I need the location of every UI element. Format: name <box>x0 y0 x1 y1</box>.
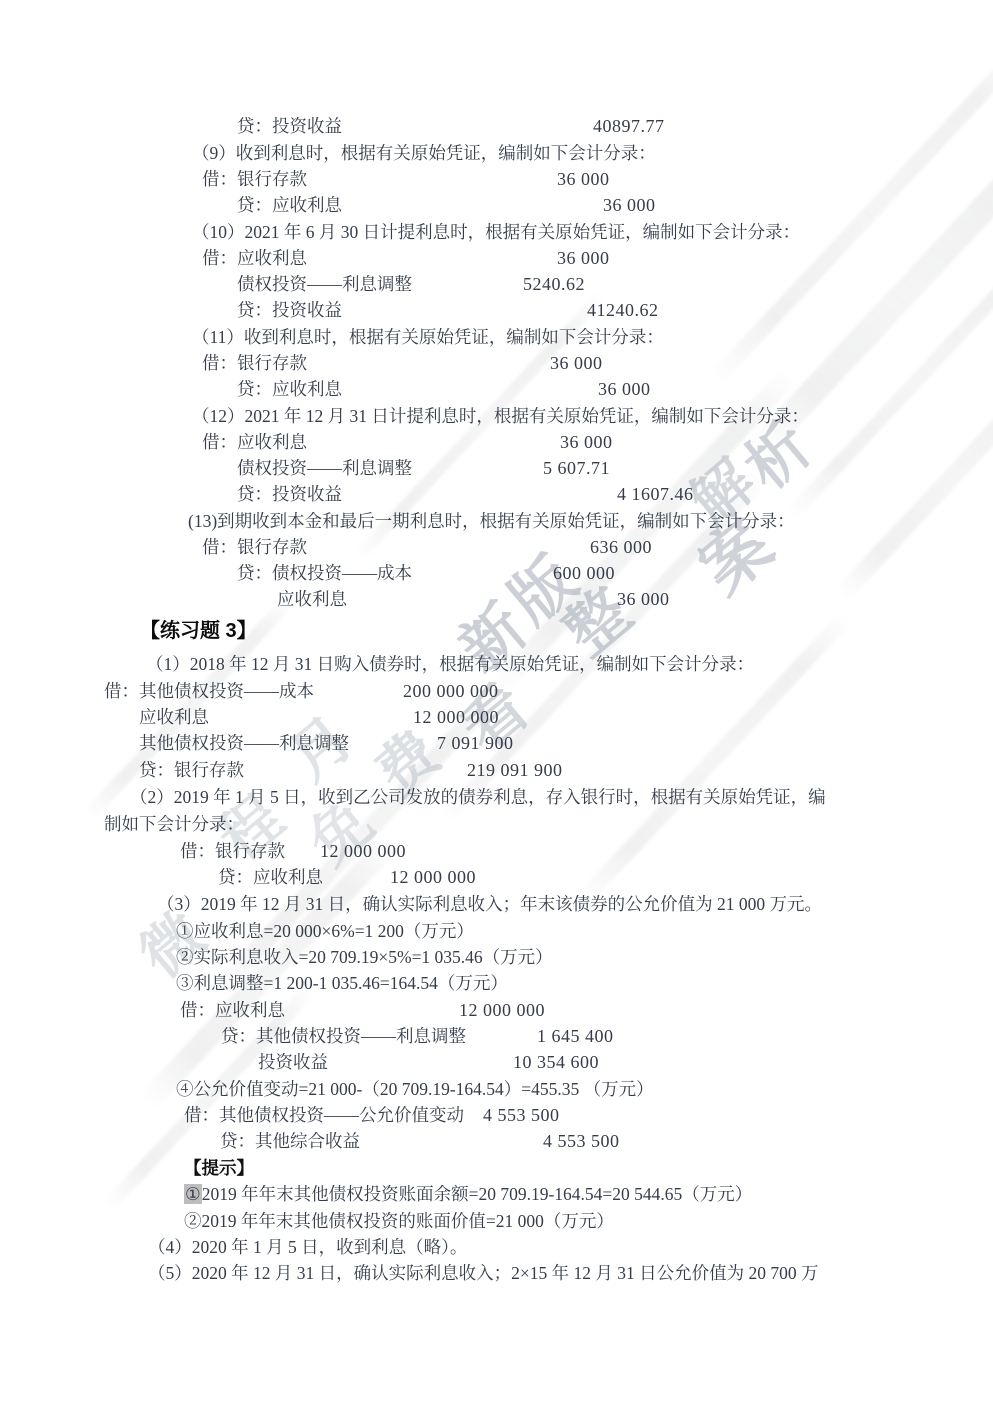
document-line: 借：银行存款12 000 000 <box>0 838 993 865</box>
line-text: 借：银行存款 <box>180 838 285 864</box>
document-line: 借：银行存款36 000 <box>0 166 993 193</box>
line-text: （4）2020 年 1 月 5 日，收到利息（略）。 <box>148 1234 467 1260</box>
line-text: （2）2019 年 1 月 5 日，收到乙公司发放的债券利息，存入银行时，根据有… <box>130 784 826 810</box>
amount-value: 36 000 <box>560 429 613 455</box>
document-line: 债权投资——利息调整5240.62 <box>0 271 993 298</box>
line-text: 贷：银行存款 <box>139 757 244 783</box>
amount-value: 5240.62 <box>523 271 585 297</box>
line-text: ②2019 年年末其他债权投资的账面价值=21 000（万元） <box>184 1208 614 1234</box>
document-line: 借：银行存款36 000 <box>0 350 993 377</box>
document-line: ③利息调整=1 200-1 035.46=164.54（万元） <box>0 970 993 997</box>
document-line: 借：应收利息12 000 000 <box>0 997 993 1024</box>
document-line: 贷：债权投资——成本600 000 <box>0 560 993 587</box>
amount-value: 12 000 000 <box>413 704 499 730</box>
amount-value: 636 000 <box>590 534 652 560</box>
line-text: 借：应收利息 <box>202 245 307 271</box>
line-text: 借：应收利息 <box>180 997 285 1023</box>
amount-value: 36 000 <box>603 192 656 218</box>
exercise-heading: 【练习题 3】 <box>0 616 993 648</box>
document-line: （10）2021 年 6 月 30 日计提利息时，根据有关原始凭证，编制如下会计… <box>0 219 993 246</box>
line-text: ①应收利息=20 000×6%=1 200（万元） <box>176 918 474 944</box>
line-text: 借：银行存款 <box>202 534 307 560</box>
amount-value: 36 000 <box>550 350 603 376</box>
line-text: 贷：投资收益 <box>237 113 342 139</box>
line-text: 贷：其他债权投资——利息调整 <box>221 1023 466 1049</box>
line-text: 债权投资——利息调整 <box>237 271 412 297</box>
amount-value: 600 000 <box>553 560 615 586</box>
line-text: ③利息调整=1 200-1 035.46=164.54（万元） <box>176 970 508 996</box>
document-line: （9）收到利息时，根据有关原始凭证，编制如下会计分录： <box>0 140 993 167</box>
line-text: （1）2018 年 12 月 31 日购入债券时，根据有关原始凭证，编制如下会计… <box>146 651 754 677</box>
line-text: 借：其他债权投资——成本 <box>104 678 314 704</box>
amount-value: 10 354 600 <box>513 1049 599 1075</box>
document-line: （1）2018 年 12 月 31 日购入债券时，根据有关原始凭证，编制如下会计… <box>0 651 993 678</box>
line-text: 借：银行存款 <box>202 166 307 192</box>
line-text: 贷：投资收益 <box>237 481 342 507</box>
line-text: 应收利息 <box>277 586 347 612</box>
document-line: 借：其他债权投资——成本200 000 000 <box>0 678 993 705</box>
line-text: （10）2021 年 6 月 30 日计提利息时，根据有关原始凭证，编制如下会计… <box>192 219 800 245</box>
amount-value: 219 091 900 <box>467 757 563 783</box>
document-line: （5）2020 年 12 月 31 日，确认实际利息收入；2×15 年 12 月… <box>0 1260 993 1287</box>
document-line: 借：银行存款636 000 <box>0 534 993 561</box>
document-line: 制如下会计分录： <box>0 811 993 838</box>
line-text: 借：应收利息 <box>202 429 307 455</box>
amount-value: 40897.77 <box>593 113 665 139</box>
amount-value: 12 000 000 <box>320 838 406 864</box>
document-line: ②2019 年年末其他债权投资的账面价值=21 000（万元） <box>0 1208 993 1235</box>
document-line: 贷：应收利息36 000 <box>0 192 993 219</box>
amount-value: 36 000 <box>557 166 610 192</box>
line-text: 【提示】 <box>184 1155 254 1181</box>
document-line: 借：应收利息36 000 <box>0 429 993 456</box>
amount-value: 41240.62 <box>587 297 659 323</box>
amount-value: 36 000 <box>598 376 651 402</box>
line-text: ①2019 年年末其他债权投资账面余额=20 709.19-164.54=20 … <box>184 1181 752 1207</box>
line-text: 债权投资——利息调整 <box>237 455 412 481</box>
line-text: 贷：其他综合收益 <box>220 1128 360 1154</box>
document-line: ①应收利息=20 000×6%=1 200（万元） <box>0 918 993 945</box>
document-line: 贷：其他债权投资——利息调整1 645 400 <box>0 1023 993 1050</box>
document-line: （4）2020 年 1 月 5 日，收到利息（略）。 <box>0 1234 993 1261</box>
amount-value: 12 000 000 <box>459 997 545 1023</box>
document-line: 贷：投资收益4 1607.46 <box>0 481 993 508</box>
document-line: 其他债权投资——利息调整7 091 900 <box>0 730 993 757</box>
document-line: （2）2019 年 1 月 5 日，收到乙公司发放的债券利息，存入银行时，根据有… <box>0 784 993 811</box>
line-text: （9）收到利息时，根据有关原始凭证，编制如下会计分录： <box>192 140 656 166</box>
highlight-marker: ① <box>184 1184 202 1204</box>
line-text: 贷：应收利息 <box>218 864 323 890</box>
line-text: (13)到期收到本金和最后一期利息时，根据有关原始凭证，编制如下会计分录： <box>188 508 795 534</box>
hint-heading: 【提示】 <box>0 1155 993 1182</box>
document-line: 借：应收利息36 000 <box>0 245 993 272</box>
amount-value: 36 000 <box>557 245 610 271</box>
line-text: 应收利息 <box>139 704 209 730</box>
amount-value: 7 091 900 <box>437 730 514 756</box>
line-text: （12）2021 年 12 月 31 日计提利息时，根据有关原始凭证，编制如下会… <box>192 403 809 429</box>
document-line: 贷：其他综合收益4 553 500 <box>0 1128 993 1155</box>
amount-value: 12 000 000 <box>390 864 476 890</box>
document-page: 析解案版新整看费免月程微 贷：投资收益40897.77（9）收到利息时，根据有关… <box>0 0 993 1404</box>
document-line: 投资收益10 354 600 <box>0 1049 993 1076</box>
amount-value: 5 607.71 <box>543 455 610 481</box>
amount-value: 36 000 <box>617 586 670 612</box>
document-line: （3）2019 年 12 月 31 日，确认实际利息收入；年末该债券的公允价值为… <box>0 891 993 918</box>
line-text: 借：银行存款 <box>202 350 307 376</box>
line-text: （5）2020 年 12 月 31 日，确认实际利息收入；2×15 年 12 月… <box>148 1260 819 1286</box>
document-line: 贷：投资收益40897.77 <box>0 113 993 140</box>
amount-value: 200 000 000 <box>403 678 499 704</box>
amount-value: 4 553 500 <box>543 1128 620 1154</box>
line-text: ②实际利息收入=20 709.19×5%=1 035.46（万元） <box>176 944 553 970</box>
line-text: 贷：应收利息 <box>237 192 342 218</box>
document-line: （12）2021 年 12 月 31 日计提利息时，根据有关原始凭证，编制如下会… <box>0 403 993 430</box>
document-line: 贷：银行存款219 091 900 <box>0 757 993 784</box>
document-line: ④公允价值变动=21 000-（20 709.19-164.54）=455.35… <box>0 1076 993 1103</box>
document-line: (13)到期收到本金和最后一期利息时，根据有关原始凭证，编制如下会计分录： <box>0 508 993 535</box>
amount-value: 1 645 400 <box>537 1023 614 1049</box>
line-text: 贷：投资收益 <box>237 297 342 323</box>
document-line: 借：其他债权投资——公允价值变动4 553 500 <box>0 1102 993 1129</box>
document-line: ①2019 年年末其他债权投资账面余额=20 709.19-164.54=20 … <box>0 1181 993 1208</box>
amount-value: 4 553 500 <box>483 1102 560 1128</box>
line-text: （3）2019 年 12 月 31 日，确认实际利息收入；年末该债券的公允价值为… <box>157 891 822 917</box>
line-text: ④公允价值变动=21 000-（20 709.19-164.54）=455.35… <box>176 1076 654 1102</box>
line-text: 借：其他债权投资——公允价值变动 <box>184 1102 464 1128</box>
document-line: 应收利息12 000 000 <box>0 704 993 731</box>
line-text: 贷：债权投资——成本 <box>237 560 412 586</box>
line-text: 贷：应收利息 <box>237 376 342 402</box>
amount-value: 4 1607.46 <box>617 481 694 507</box>
document-line: ②实际利息收入=20 709.19×5%=1 035.46（万元） <box>0 944 993 971</box>
line-text: 【练习题 3】 <box>140 616 257 646</box>
line-text: 制如下会计分录： <box>104 811 244 837</box>
line-text: （11）收到利息时，根据有关原始凭证，编制如下会计分录： <box>192 324 664 350</box>
document-line: 债权投资——利息调整5 607.71 <box>0 455 993 482</box>
document-line: 贷：应收利息12 000 000 <box>0 864 993 891</box>
line-text: 投资收益 <box>258 1049 328 1075</box>
document-line: （11）收到利息时，根据有关原始凭证，编制如下会计分录： <box>0 324 993 351</box>
line-text: 其他债权投资——利息调整 <box>139 730 349 756</box>
document-line: 应收利息36 000 <box>0 586 993 613</box>
document-line: 贷：投资收益41240.62 <box>0 297 993 324</box>
document-body: 贷：投资收益40897.77（9）收到利息时，根据有关原始凭证，编制如下会计分录… <box>0 0 993 1404</box>
document-line: 贷：应收利息36 000 <box>0 376 993 403</box>
